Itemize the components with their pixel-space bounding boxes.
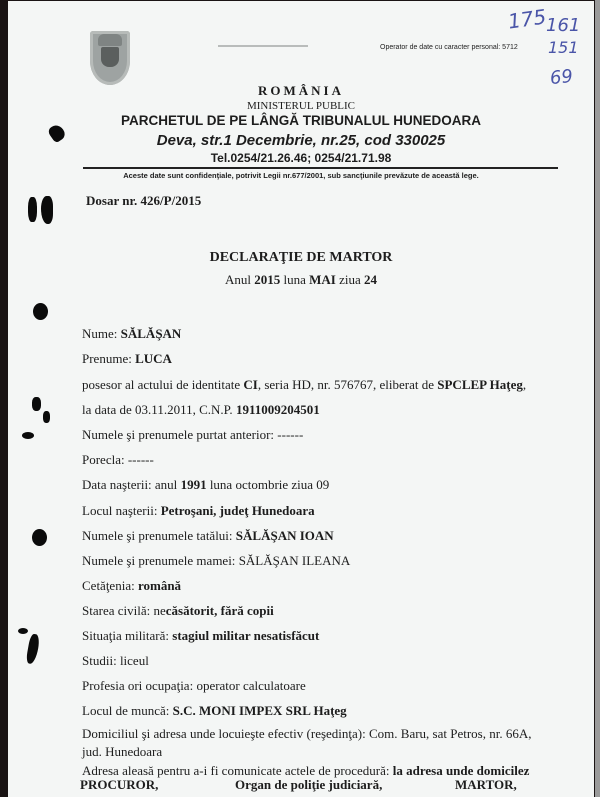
field-row: Starea civilă: necăsătorit, fără copii (82, 603, 274, 619)
field-suffix: , seria HD, nr. 576767, eliberat de (258, 377, 437, 392)
ink-blot (43, 411, 50, 423)
field-row: Cetăţenia: română (82, 578, 181, 594)
field-row: la data de 03.11.2011, C.N.P. 1911009204… (82, 402, 320, 418)
field-end: , (523, 377, 526, 392)
field-value: LUCA (135, 351, 172, 366)
field-value: jud. Hunedoara (82, 744, 162, 759)
field-suffix-value: SPCLEP Haţeg (437, 377, 523, 392)
field-value: română (138, 578, 181, 593)
field-row: posesor al actului de identitate CI, ser… (82, 377, 526, 393)
handwritten-mark: 161 (546, 15, 580, 36)
operator-note: Operator de date cu caracter personal: 5… (380, 44, 518, 51)
field-label: Locul naşterii: (82, 503, 161, 518)
signature-police: Organ de poliţie judiciară, (235, 777, 382, 793)
confidentiality-notice: Aceste date sunt confidenţiale, potrivit… (8, 171, 594, 180)
field-row: Prenume: LUCA (82, 351, 172, 367)
field-value: CI (243, 377, 257, 392)
field-row: Data naşterii: anul 1991 luna octombrie … (82, 477, 329, 493)
field-row: Numele şi prenumele tatălui: SĂLĂŞAN IOA… (82, 528, 334, 544)
field-label: Starea civilă: ne (82, 603, 166, 618)
ink-blot (25, 633, 40, 664)
scan-smudge (218, 45, 308, 47)
institution-phone: Tel.0254/21.26.46; 0254/21.71.98 (8, 151, 594, 165)
ink-blot (18, 628, 28, 634)
field-value: ------ (128, 452, 154, 467)
handwritten-mark: 151 (548, 38, 579, 57)
field-value: SĂLĂŞAN IOAN (236, 528, 334, 543)
signature-witness: MARTOR, (455, 777, 517, 793)
coat-of-arms-icon (90, 31, 130, 85)
punch-hole (33, 303, 48, 320)
field-value: căsătorit, fără copii (166, 603, 274, 618)
field-row: Locul de muncă: S.C. MONI IMPEX SRL Haţe… (82, 703, 347, 719)
handwritten-mark: 175 (507, 4, 548, 33)
field-label: Adresa aleasă pentru a-i fi comunicate a… (82, 763, 393, 778)
field-row: Studii: liceul (82, 653, 149, 669)
field-row: Nume: SĂLĂŞAN (82, 326, 181, 342)
field-value: SĂLĂŞAN ILEANA (239, 553, 351, 568)
header-divider (83, 167, 558, 169)
field-row: Profesia ori ocupaţia: operator calculat… (82, 678, 306, 694)
institution-heading: PARCHETUL DE PE LÂNGĂ TRIBUNALUL HUNEDOA… (8, 113, 594, 128)
field-row: Numele şi prenumele purtat anterior: ---… (82, 427, 303, 443)
field-label: la data de 03.11.2011, C.N.P. (82, 402, 236, 417)
field-value: SĂLĂŞAN (121, 326, 182, 341)
field-row: Numele şi prenumele mamei: SĂLĂŞAN ILEAN… (82, 553, 350, 569)
institution-address: Deva, str.1 Decembrie, nr.25, cod 330025 (8, 132, 594, 149)
field-value: stagiul militar nesatisfăcut (172, 628, 319, 643)
field-label: Numele şi prenumele tatălui: (82, 528, 236, 543)
ink-blot (28, 197, 37, 222)
field-label: Locul de muncă: (82, 703, 173, 718)
scan-edge (595, 0, 600, 797)
field-label: Situaţia militară: (82, 628, 172, 643)
field-label: Porecla: (82, 452, 128, 467)
field-label: Studii: (82, 653, 120, 668)
field-value: liceul (120, 653, 149, 668)
field-label: Prenume: (82, 351, 135, 366)
case-number: Dosar nr. 426/P/2015 (86, 193, 201, 209)
field-row: Porecla: ------ (82, 452, 154, 468)
field-label: Numele şi prenumele mamei: (82, 553, 239, 568)
document-page: Operator de date cu caracter personal: 5… (8, 1, 594, 797)
ink-blot (22, 432, 34, 439)
field-label: posesor al actului de identitate (82, 377, 243, 392)
ink-blot (32, 397, 41, 411)
punch-hole (32, 529, 47, 546)
ministry-heading: MINISTERUL PUBLIC (8, 100, 594, 112)
field-value: ------ (277, 427, 303, 442)
field-label: Numele şi prenumele purtat anterior: (82, 427, 277, 442)
field-value: Petroşani, judeţ Hunedoara (161, 503, 315, 518)
ink-blot (41, 196, 53, 224)
signature-prosecutor: PROCUROR, (80, 777, 158, 793)
field-suffix: luna octombrie ziua 09 (207, 477, 330, 492)
country-heading: ROMÂNIA (8, 83, 594, 99)
field-label: Domiciliul şi adresa unde locuieşte efec… (82, 726, 369, 741)
field-row: Domiciliul şi adresa unde locuieşte efec… (82, 726, 531, 742)
field-value: S.C. MONI IMPEX SRL Haţeg (173, 703, 347, 718)
field-value: la adresa unde domicilez (393, 763, 530, 778)
field-value: operator calculatoare (196, 678, 305, 693)
field-label: Cetăţenia: (82, 578, 138, 593)
document-title: DECLARAŢIE DE MARTOR (8, 250, 594, 266)
field-row: jud. Hunedoara (82, 744, 162, 760)
field-row: Locul naşterii: Petroşani, judeţ Hunedoa… (82, 503, 315, 519)
document-date: Anul 2015 luna MAI ziua 24 (8, 272, 594, 288)
field-value: 1911009204501 (236, 402, 320, 417)
field-value: Com. Baru, sat Petros, nr. 66A, (369, 726, 532, 741)
field-row: Situaţia militară: stagiul militar nesat… (82, 628, 319, 644)
field-label: Data naşterii: anul (82, 477, 181, 492)
field-label: Profesia ori ocupaţia: (82, 678, 196, 693)
field-value: 1991 (181, 477, 207, 492)
field-label: Nume: (82, 326, 121, 341)
